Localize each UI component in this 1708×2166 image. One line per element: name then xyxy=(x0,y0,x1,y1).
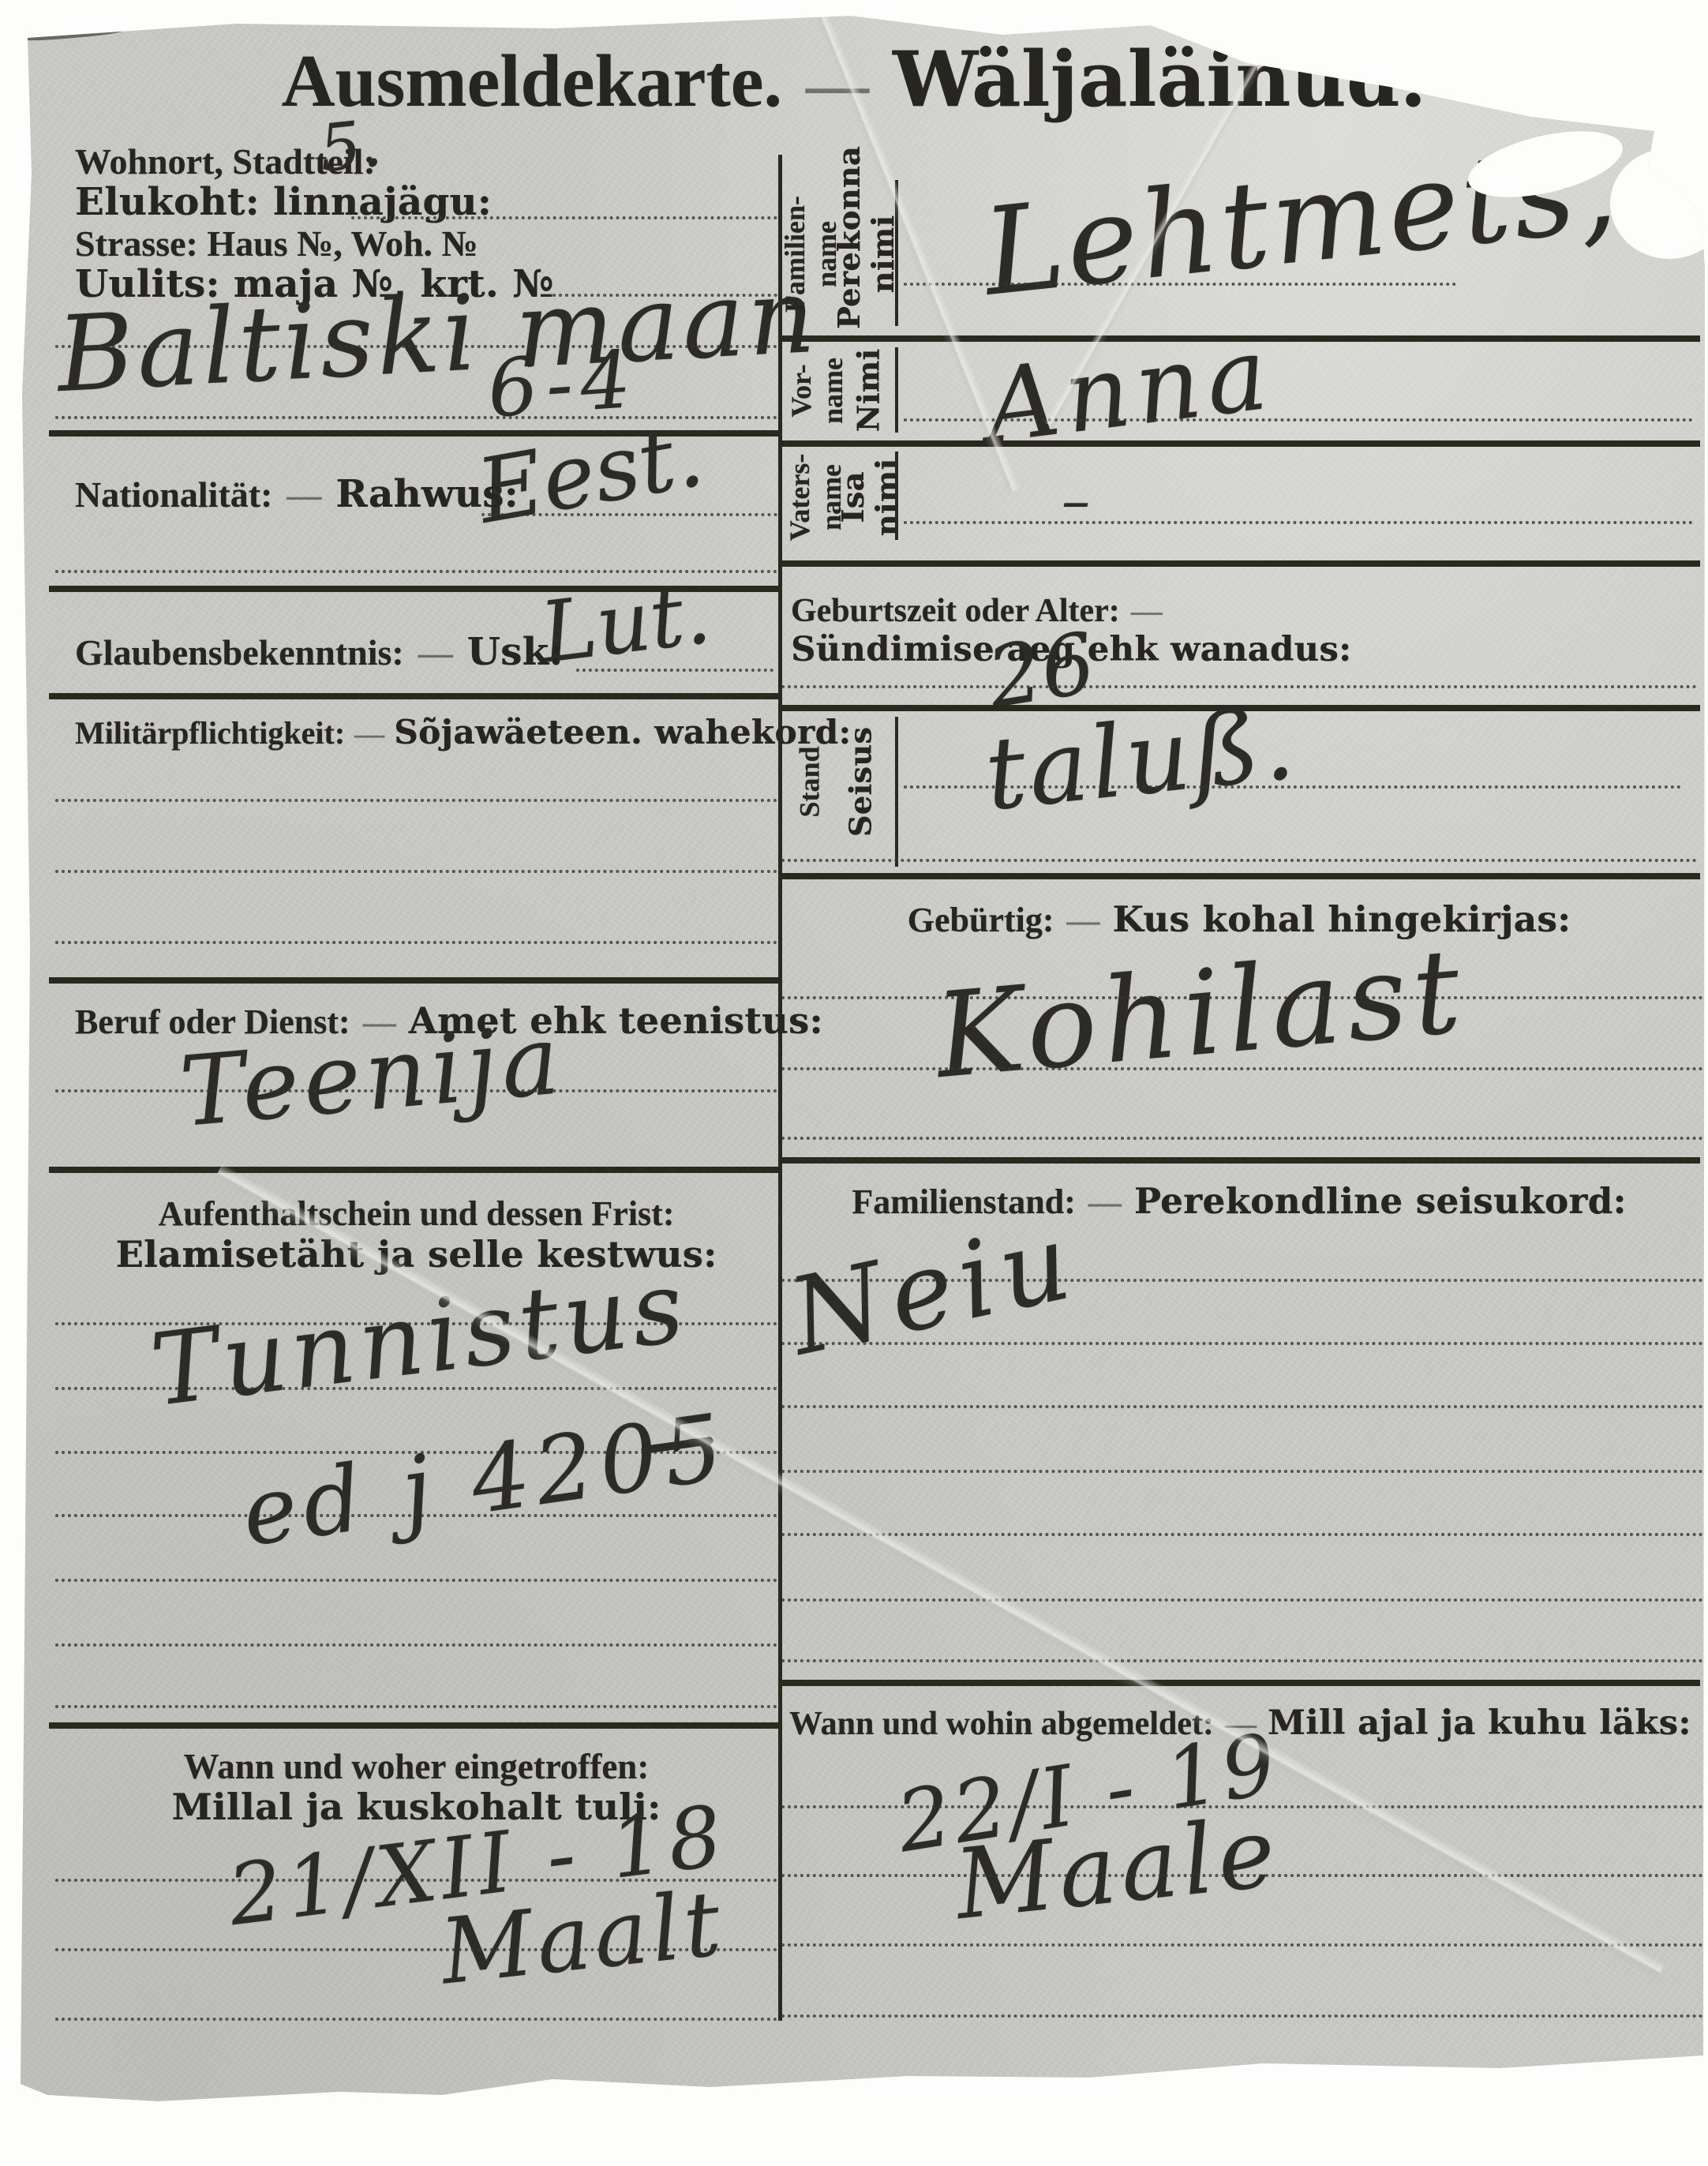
dotted-rule xyxy=(781,1659,1703,1662)
label-family-name-german-line1: Familien- xyxy=(779,179,811,329)
label-estate-german-line1: Stand xyxy=(794,715,826,849)
dotted-rule xyxy=(781,1874,1703,1877)
dotted-rule xyxy=(55,345,777,348)
thick-rule xyxy=(778,873,1700,879)
vertical-rule xyxy=(895,347,898,433)
label-first-name-german: Vor- name xyxy=(785,335,856,446)
label-origin-german: Gebürtig: xyxy=(908,901,1054,939)
label-religion: Glaubensbekenntnis: — Usk: xyxy=(75,630,564,674)
label-separator: — xyxy=(287,476,321,515)
label-father-name-german-line1: Vaters- xyxy=(784,442,815,553)
dotted-rule xyxy=(781,1342,1703,1345)
dotted-rule xyxy=(55,1579,777,1582)
dotted-rule xyxy=(904,418,1693,422)
dotted-rule xyxy=(351,216,777,219)
handwriting-family-status: Neiu xyxy=(780,1199,1088,1380)
dotted-rule xyxy=(55,1514,777,1517)
label-strasse: Strasse: Haus №, Woh. № xyxy=(75,223,478,264)
label-first-name-estonian: Nimi xyxy=(852,335,888,446)
dotted-rule xyxy=(781,1598,1703,1602)
dotted-rule xyxy=(781,1943,1703,1947)
handwriting-district-number: 5. xyxy=(316,106,385,187)
label-estate-estonian-line1: Seisus xyxy=(845,715,878,849)
scanned-registration-card: Ausmeldekarte. — Wäljaläinud. Wohnort, S… xyxy=(0,0,1708,2166)
edge-tear-mark xyxy=(2,294,19,320)
dotted-rule xyxy=(904,785,1681,789)
label-military-estonian: Sõjawäeteen. wahekord: xyxy=(394,713,851,751)
dotted-rule xyxy=(55,799,777,802)
dotted-rule xyxy=(55,1387,777,1390)
label-nationality-german: Nationalität: xyxy=(75,474,272,515)
thick-rule xyxy=(778,560,1700,567)
label-separator: — xyxy=(1067,903,1100,939)
label-father-name-estonian-line1: Isa xyxy=(837,442,871,553)
thick-rule xyxy=(49,1167,779,1173)
paper-tear xyxy=(1610,148,1708,259)
card-paper: Ausmeldekarte. — Wäljaläinud. Wohnort, S… xyxy=(0,0,1708,2166)
dotted-rule xyxy=(55,1089,777,1092)
thick-rule xyxy=(778,1157,1700,1164)
label-military: Militärpflichtigkeit: — Sõjawäeteen. wah… xyxy=(75,713,851,751)
edge-tear-mark xyxy=(0,158,21,194)
dotted-rule xyxy=(781,2014,1703,2018)
label-separator: — xyxy=(1088,1185,1122,1221)
dotted-rule xyxy=(781,859,1697,862)
label-family-status: Familienstand: — Perekondline seisukord: xyxy=(781,1180,1697,1222)
dotted-rule xyxy=(781,1279,1703,1282)
dotted-rule xyxy=(55,870,777,873)
dotted-rule xyxy=(781,996,1703,999)
handwriting-origin: Kohilast xyxy=(931,923,1472,1104)
label-family-name-estonian-line1: Perekonna xyxy=(833,179,867,329)
label-permit-german: Aufenthaltschein und dessen Frist: xyxy=(55,1194,777,1234)
dotted-rule xyxy=(481,513,777,516)
dotted-rule xyxy=(55,2018,777,2021)
dotted-rule xyxy=(781,1470,1703,1473)
label-birth: Geburtszeit oder Alter: — Sündimise aeg … xyxy=(791,592,1708,669)
dotted-rule xyxy=(781,1067,1703,1070)
label-first-name-german-line1: Vor- xyxy=(785,335,817,446)
thick-rule xyxy=(778,1680,1700,1686)
dotted-rule xyxy=(55,1705,777,1708)
dotted-rule xyxy=(781,1405,1703,1408)
label-military-german: Militärpflichtigkeit: xyxy=(75,715,345,751)
dotted-rule xyxy=(781,685,1697,688)
edge-tear-mark xyxy=(0,229,14,259)
label-religion-estonian: Usk: xyxy=(467,630,564,674)
thick-rule xyxy=(49,693,779,699)
label-origin: Gebürtig: — Kus kohal hingekirjas: xyxy=(781,898,1697,940)
label-first-name-estonian-line1: Nimi xyxy=(852,335,886,446)
thick-rule xyxy=(49,1722,779,1729)
thick-rule xyxy=(778,440,1700,447)
label-religion-german: Glaubensbekenntnis: xyxy=(75,632,404,673)
label-father-name-estonian-line2: nimi xyxy=(871,442,905,553)
dotted-rule xyxy=(55,1948,777,1951)
label-departure-estonian: Mill ajal ja kuhu läks: xyxy=(1268,1703,1691,1743)
dotted-rule xyxy=(55,1643,777,1647)
label-separator: — xyxy=(418,634,453,673)
label-family-status-estonian: Perekondline seisukord: xyxy=(1134,1180,1627,1222)
dotted-rule xyxy=(904,283,1456,286)
dotted-rule xyxy=(576,669,773,672)
label-estate-german: Stand xyxy=(794,715,830,849)
vertical-rule xyxy=(895,452,898,540)
vertical-rule xyxy=(895,717,898,867)
label-first-name-german-line2: name xyxy=(817,335,848,446)
thick-rule xyxy=(49,977,779,984)
edge-tear-mark xyxy=(0,355,11,377)
dotted-rule xyxy=(904,521,1693,524)
label-nationality: Nationalität: — Rahwus: xyxy=(75,472,519,516)
label-separator: — xyxy=(354,718,384,751)
dotted-rule xyxy=(55,941,777,944)
label-separator: — xyxy=(1131,593,1163,628)
label-nationality-estonian: Rahwus: xyxy=(335,472,518,516)
dotted-rule xyxy=(55,1322,777,1325)
dotted-rule xyxy=(781,1137,1703,1140)
dotted-rule xyxy=(781,1533,1703,1536)
label-arrival-german: Wann und woher eingetroffen: xyxy=(55,1746,777,1787)
card-title-estonian: Wäljaläinud. xyxy=(893,35,1426,124)
label-estate-estonian: Seisus xyxy=(845,715,880,849)
